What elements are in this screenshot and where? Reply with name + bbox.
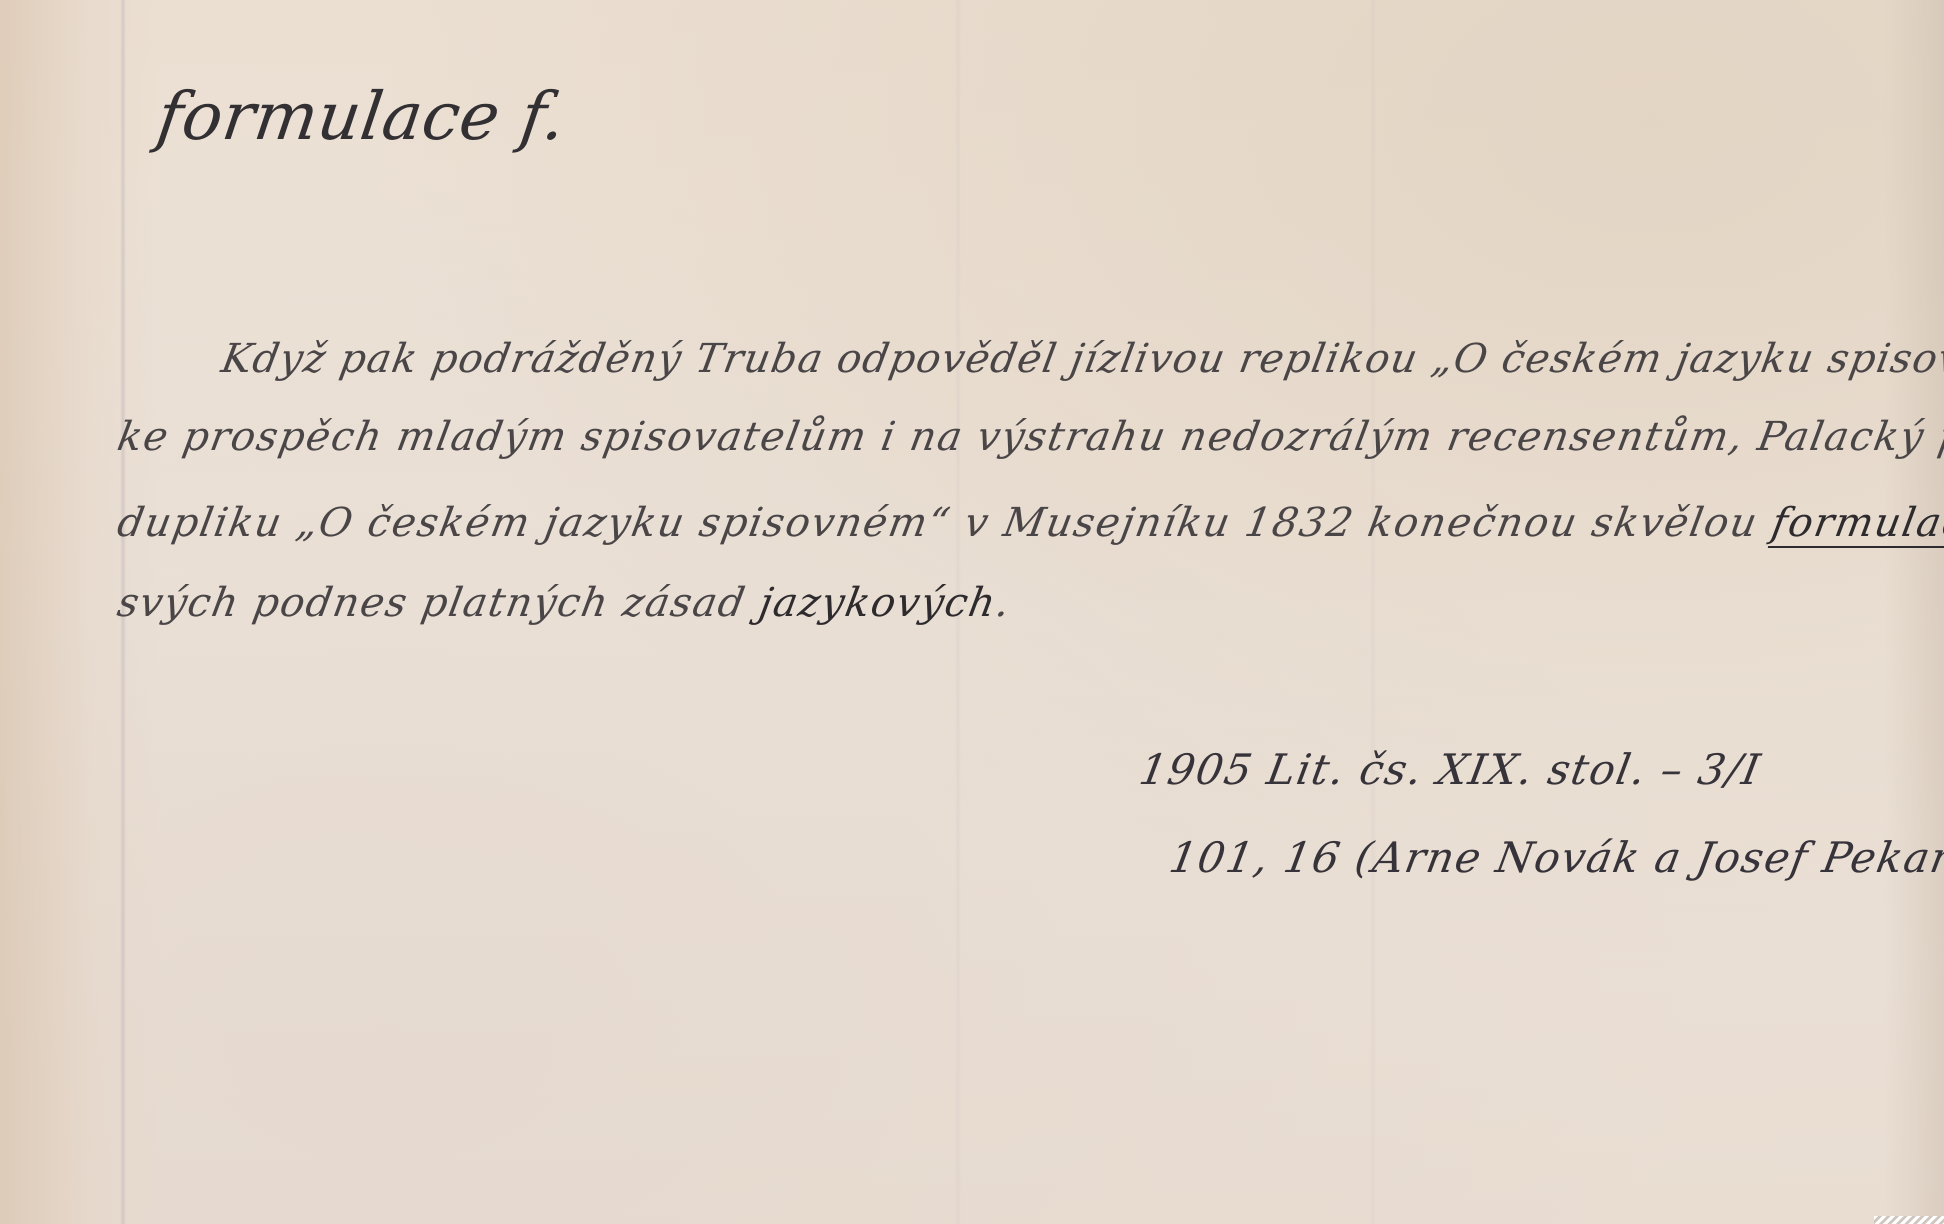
quote-line-4: svých podnes platných zásad jazykových. bbox=[114, 580, 1015, 626]
scan-corner-mark bbox=[1874, 1216, 1944, 1224]
quote-line-3: dupliku „O českém jazyku spisovném“ v Mu… bbox=[114, 500, 1944, 546]
quote-line-2: ke prospěch mladým spisovatelům i na výs… bbox=[114, 414, 1944, 460]
paper-edge-shadow bbox=[1884, 0, 1944, 1224]
quote-line-4-text: svých podnes platných zásad bbox=[114, 580, 764, 626]
quote-line-1: Když pak podrážděný Truba odpověděl jízl… bbox=[218, 336, 1944, 382]
paper-fold-line bbox=[1370, 0, 1376, 1224]
emphasized-word: jazykových bbox=[756, 580, 1001, 626]
card-heading: formulace f. bbox=[153, 78, 571, 155]
headword-underlined: formulaci bbox=[1768, 500, 1944, 546]
citation-source: 1905 Lit. čs. XIX. stol. – 3/I bbox=[1136, 745, 1765, 794]
quote-line-3-text: dupliku „O českém jazyku spisovném“ v Mu… bbox=[114, 500, 1776, 546]
archival-card: formulace f. Když pak podrážděný Truba o… bbox=[0, 0, 1944, 1224]
citation-page-authors: 101, 16 (Arne Novák a Josef Pekař) bbox=[1166, 833, 1944, 882]
